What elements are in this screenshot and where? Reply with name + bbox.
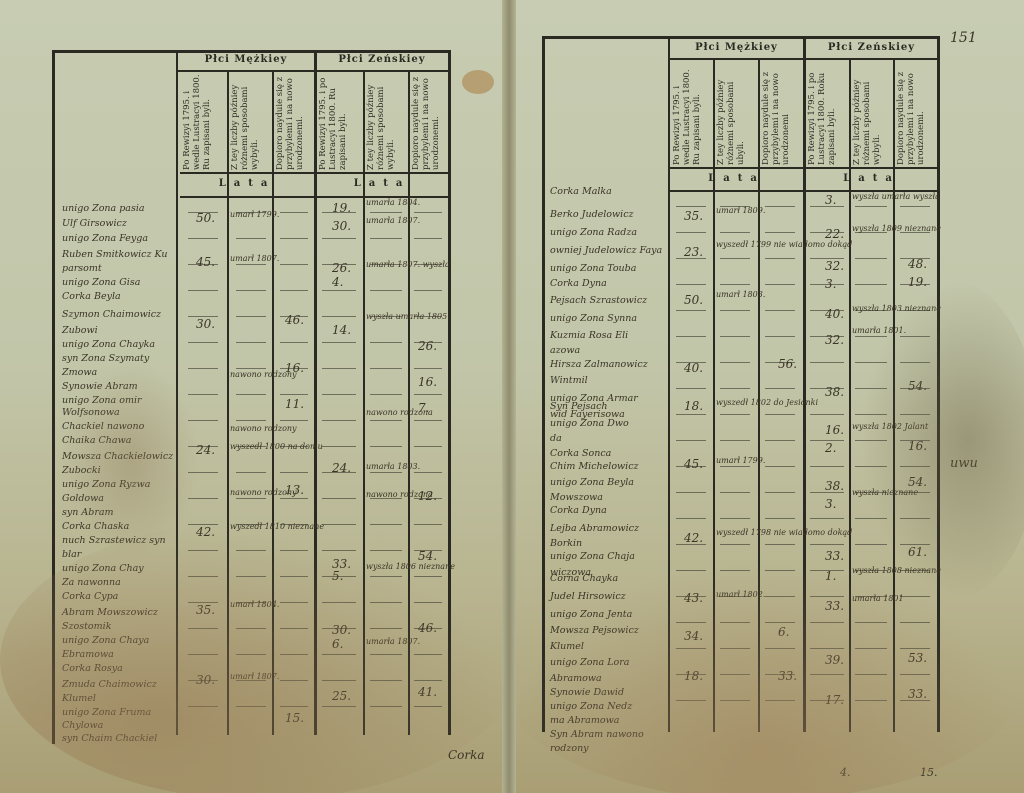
ruling-dash [280, 706, 308, 707]
male-departed-note: umarł 1809. [716, 207, 765, 215]
female-1795-value: 1. [825, 569, 836, 583]
col-divider [758, 58, 760, 732]
ruling-dash [810, 466, 844, 467]
male-1795-value: 23. [684, 245, 703, 259]
ruling-dash [720, 674, 750, 675]
column-header-male-now: Dopioro naydule się z przybylemi i na no… [761, 62, 801, 165]
ruling-dash [188, 368, 218, 369]
ruling-dash [855, 622, 887, 623]
female-1795-value: 30. [332, 623, 351, 637]
ruling-dash [810, 596, 844, 597]
ruling-dash [720, 310, 750, 311]
female-1795-value: 26. [332, 261, 351, 275]
ruling-dash [280, 472, 308, 473]
ruling-dash [236, 550, 266, 551]
ruling-dash [280, 342, 308, 343]
ruling-dash [322, 238, 356, 239]
ruling-dash [900, 414, 930, 415]
ruling-dash [720, 336, 750, 337]
female-current-value: 48. [908, 257, 927, 271]
male-current-value: 6. [778, 625, 789, 639]
male-1795-value: 50. [684, 293, 703, 307]
ruling-dash [720, 492, 750, 493]
ruling-dash [765, 622, 795, 623]
ruling-dash [236, 368, 266, 369]
female-group-title: Płci Zeńskiey [806, 42, 937, 53]
ruling-dash [900, 622, 930, 623]
left-border [542, 36, 545, 732]
entry-name: da [550, 433, 562, 444]
female-departed-note: wyszła 1809 nieznane [852, 225, 941, 233]
entry-name: Ebramowa [62, 649, 114, 660]
ruling-dash [322, 602, 356, 603]
ruling-dash [765, 518, 795, 519]
ruling-dash [765, 258, 795, 259]
entry-name: unigo Zona Jenta [550, 609, 632, 620]
ruling-dash [280, 628, 308, 629]
footer-mark: 4. [840, 766, 851, 779]
male-current-value: 56. [778, 357, 797, 371]
ruling-dash [676, 518, 706, 519]
ruling-dash [280, 680, 308, 681]
male-current-value: 15. [285, 711, 304, 725]
ruling-dash [720, 466, 750, 467]
ruling-dash [855, 466, 887, 467]
male-1795-value: 40. [684, 361, 703, 375]
female-departed-note: umarła 1807. [366, 638, 420, 646]
female-1795-value: 40. [825, 307, 844, 321]
entry-name: Corka Sonca [550, 448, 611, 459]
male-1795-value: 35. [196, 603, 215, 617]
ruling-dash [322, 446, 356, 447]
male-departed-note: umarł 1802. [716, 591, 765, 599]
group-col-divider [314, 50, 317, 735]
ruling-dash [414, 446, 442, 447]
entry-name: nuch Szrastewicz syn [62, 535, 166, 546]
entry-name: parsomt [62, 263, 102, 274]
entry-name: unigo Zona Chaya [62, 635, 149, 646]
female-1795-value: 19. [332, 201, 351, 215]
ruling-dash [810, 648, 844, 649]
lata-label-female: Lata [316, 178, 448, 189]
entry-name: unigo Zona Chayka [62, 339, 155, 350]
entry-name: Synowie Abram [62, 381, 138, 392]
male-departed-note: umarł 1799. [230, 211, 279, 219]
ruling-dash [370, 394, 402, 395]
col-divider [363, 70, 365, 735]
ruling-dash [188, 576, 218, 577]
ruling-dash [370, 420, 402, 421]
ruling-dash [236, 472, 266, 473]
entry-name: Corka Cypa [62, 591, 118, 602]
male-group-title: Płci Mężkiey [178, 54, 314, 65]
table-top-border [52, 50, 448, 53]
entry-name: ma Abramowa [550, 715, 619, 726]
entry-name: Corka Dyna [550, 505, 607, 516]
column-header-male-left: Z tey liczby późniey różnemi sposobami w… [230, 74, 270, 170]
female-current-value: 12. [418, 489, 437, 503]
female-current-value: 54. [908, 379, 927, 393]
ruling-dash [236, 628, 266, 629]
entry-name: Lejba Abramowicz [550, 523, 639, 534]
ruling-dash [370, 368, 402, 369]
col-divider [893, 58, 895, 732]
ruling-dash [280, 290, 308, 291]
ruling-dash [370, 342, 402, 343]
ruling-dash [855, 440, 887, 441]
female-departed-note: wyszła 1808 nieznane [852, 567, 941, 575]
col-divider [408, 70, 410, 735]
ruling-dash [765, 596, 795, 597]
ruling-dash [765, 466, 795, 467]
entry-name: Chylowa [62, 720, 103, 731]
ruling-dash [900, 596, 930, 597]
entry-name: unigo Zona pasia [62, 203, 145, 214]
female-departed-note: wyszła nieznane [852, 489, 918, 497]
female-departed-note: wyszła umarła 1805. [366, 313, 450, 321]
entry-name: unigo Zona Chay [62, 563, 144, 574]
ruling-dash [322, 290, 356, 291]
lata-label-female: Lata [806, 173, 937, 184]
female-current-value: 61. [908, 545, 927, 559]
lata-label-male: Lata [180, 178, 314, 189]
entry-name: Klumel [550, 641, 584, 652]
ruling-dash [720, 622, 750, 623]
column-header-female-now: Dopioro naydule się z przybylemi i na no… [411, 74, 447, 170]
ruling-dash [414, 602, 442, 603]
ruling-dash [765, 414, 795, 415]
female-1795-value: 38. [825, 385, 844, 399]
female-current-value: 53. [908, 651, 927, 665]
right-border [448, 50, 451, 735]
ruling-dash [370, 550, 402, 551]
female-1795-value: 33. [825, 549, 844, 563]
entry-name: Berko Judelowicz [550, 209, 634, 220]
female-1795-value: 14. [332, 323, 351, 337]
male-1795-value: 18. [684, 399, 703, 413]
female-1795-value: 38. [825, 479, 844, 493]
ruling-dash [236, 290, 266, 291]
female-departed-note: wyszła 1803 nieznane [852, 305, 941, 313]
female-1795-value: 16. [825, 423, 844, 437]
name-col-divider [176, 50, 178, 735]
ruling-dash [855, 648, 887, 649]
male-current-value: 16. [285, 361, 304, 375]
ruling-dash [236, 342, 266, 343]
ruling-dash [720, 362, 750, 363]
ruling-dash [370, 680, 402, 681]
ruling-dash [855, 258, 887, 259]
ruling-dash [414, 238, 442, 239]
entry-name: Synowie Dawid [550, 687, 624, 698]
entry-name: Zmowa [62, 367, 97, 378]
ruling-dash [280, 212, 308, 213]
ruling-dash [810, 544, 844, 545]
ruling-dash [676, 310, 706, 311]
ruling-dash [370, 472, 402, 473]
female-1795-value: 4. [332, 275, 343, 289]
male-current-value: 13. [285, 483, 304, 497]
ruling-dash [280, 498, 308, 499]
female-1795-value: 3. [825, 277, 836, 291]
entry-name: unigo Zona Beyla [550, 477, 634, 488]
ruling-dash [900, 648, 930, 649]
ruling-dash [855, 362, 887, 363]
ruling-dash [188, 628, 218, 629]
ruling-dash [765, 388, 795, 389]
male-departed-note: umarł 1804. [230, 601, 279, 609]
ruling-dash [188, 238, 218, 239]
ruling-dash [188, 342, 218, 343]
entry-name: Mowsza Chackielowicz [62, 451, 173, 462]
ruling-dash [720, 414, 750, 415]
female-departed-note: umarła 1801 [852, 595, 904, 603]
ruling-dash [765, 310, 795, 311]
ruling-dash [676, 232, 706, 233]
ruling-dash [322, 498, 356, 499]
male-departed-note: umarł 1803. [716, 291, 765, 299]
ruling-dash [322, 316, 356, 317]
female-current-value: 19. [908, 275, 927, 289]
ruling-dash [720, 440, 750, 441]
ruling-dash [188, 394, 218, 395]
ruling-dash [900, 362, 930, 363]
female-departed-note: umarła 1804. [366, 199, 420, 207]
ruling-dash [370, 628, 402, 629]
column-header-female-1795: Po Rewizyi 1795. i po Lustracyi 1800. Ro… [807, 62, 847, 165]
entry-name: owniej Judelowicz Faya [550, 245, 662, 256]
ruling-dash [810, 362, 844, 363]
entry-name: Abramowa [550, 673, 602, 684]
ruling-dash [720, 284, 750, 285]
male-departed-note: nawono rodzony [230, 425, 297, 433]
entry-name: Ruben Smitkowicz Ku [62, 249, 167, 260]
ruling-dash [280, 394, 308, 395]
column-header-female-1795: Po Rewizyi 1795. i po Lustracyi 1800. Ru… [318, 74, 360, 170]
ruling-dash [414, 576, 442, 577]
col-divider [713, 58, 715, 732]
entry-name: azowa [550, 345, 580, 356]
female-1795-value: 30. [332, 219, 351, 233]
ruling-dash [676, 336, 706, 337]
ruling-dash [676, 622, 706, 623]
ruling-dash [676, 206, 706, 207]
female-group-title: Płci Zeńskiey [316, 54, 448, 65]
lata-label-male: Lata [670, 173, 803, 184]
column-header-female-left: Z tey liczby późniey różnemi sposobami w… [852, 62, 892, 165]
ruling-dash [810, 414, 844, 415]
footer-mark: 15. [920, 766, 938, 779]
ruling-dash [280, 264, 308, 265]
entry-name: unigo Zona Feyga [62, 233, 148, 244]
male-departed-note: umarł 1807. [230, 255, 279, 263]
female-1795-value: 2. [825, 441, 836, 455]
ruling-dash [236, 576, 266, 577]
ruling-dash [280, 238, 308, 239]
ruling-dash [370, 602, 402, 603]
female-current-value: 16. [418, 375, 437, 389]
ruling-dash [236, 706, 266, 707]
ruling-dash [676, 388, 706, 389]
ruling-dash [855, 388, 887, 389]
ruling-dash [322, 342, 356, 343]
ruling-dash [855, 674, 887, 675]
group-col-divider [803, 36, 806, 732]
entry-name: unigo Zona Ryzwa [62, 479, 150, 490]
female-1795-value: 3. [825, 497, 836, 511]
entry-name: Goldowa [62, 493, 104, 504]
entry-name: Corka Malka [550, 186, 612, 197]
entry-name: unigo Zona Nedz [550, 701, 632, 712]
ruling-dash [855, 700, 887, 701]
ruling-dash [280, 602, 308, 603]
ruling-dash [236, 264, 266, 265]
ruling-dash [322, 368, 356, 369]
male-current-value: 46. [285, 313, 304, 327]
ruling-dash [765, 570, 795, 571]
entry-name: blar [62, 549, 81, 560]
female-departed-note: wyszła 1802 Jalant [852, 423, 928, 431]
entry-name: Chim Michelowicz [550, 461, 639, 472]
female-current-value: 41. [418, 685, 437, 699]
male-1795-value: 45. [684, 457, 703, 471]
page-number: 151 [950, 30, 977, 46]
entry-name: Szymon Chaimowicz [62, 309, 161, 320]
left-border [52, 50, 55, 744]
ruling-dash [236, 420, 266, 421]
female-1795-value: 32. [825, 259, 844, 273]
ruling-dash [855, 414, 887, 415]
male-1795-value: 34. [684, 629, 703, 643]
female-1795-value: 24. [332, 461, 351, 475]
female-departed-note: umarła 1807. wyszła [366, 261, 450, 269]
col-divider [227, 70, 229, 735]
entry-name: unigo Zona Fruma [62, 707, 151, 718]
ruling-dash [765, 700, 795, 701]
entry-name: Za nawonna [62, 577, 121, 588]
entry-name: Judel Hirsowicz [550, 591, 626, 602]
ruling-dash [676, 440, 706, 441]
ruling-dash [676, 700, 706, 701]
ruling-dash [765, 206, 795, 207]
female-1795-value: 6. [332, 637, 343, 651]
ruling-dash [280, 576, 308, 577]
ruling-dash [188, 654, 218, 655]
ruling-dash [414, 524, 442, 525]
entry-name: Chaika Chawa [62, 435, 131, 446]
ruling-dash [765, 648, 795, 649]
ruling-dash [720, 258, 750, 259]
ruling-dash [414, 680, 442, 681]
ruling-dash [676, 284, 706, 285]
ruling-dash [855, 544, 887, 545]
female-1795-value: 33. [825, 599, 844, 613]
female-departed-note: wyszła umarła wyszła [852, 193, 940, 201]
male-1795-value: 18. [684, 669, 703, 683]
male-1795-value: 43. [684, 591, 703, 605]
entry-name: Hirsza Zalmanowicz [550, 359, 648, 370]
ruling-dash [280, 550, 308, 551]
entry-name: unigo Zona Radza [550, 227, 637, 238]
female-current-value: 7. [418, 401, 429, 415]
ruling-dash [370, 654, 402, 655]
ruling-dash [900, 518, 930, 519]
ruling-dash [370, 238, 402, 239]
column-header-male-now: Dopioro nayduie się z przybylemi i na no… [275, 74, 313, 170]
ruling-dash [322, 394, 356, 395]
col-divider [849, 58, 851, 732]
male-departed-note: wyszedł 1799 nie wiadomo dokąd [716, 241, 852, 249]
ruling-dash [900, 206, 930, 207]
entry-name: unigo Zona Dwo [550, 418, 629, 429]
entry-name: Kuzmia Rosa Eli [550, 330, 628, 341]
entry-name: Corka Beyla [62, 291, 121, 302]
female-current-value: 46. [418, 621, 437, 635]
column-header-male-left: Z tey liczby późniey różnemi sposobami u… [716, 62, 756, 165]
ruling-dash [188, 420, 218, 421]
ruling-dash [322, 680, 356, 681]
entry-name: Klumel [62, 693, 96, 704]
ruling-dash [370, 706, 402, 707]
male-1795-value: 45. [196, 255, 215, 269]
entry-name: Corna Chayka [550, 573, 618, 584]
male-1795-value: 30. [196, 317, 215, 331]
ruling-dash [765, 232, 795, 233]
female-1795-value: 25. [332, 689, 351, 703]
entry-name: Zmuda Chaimowicz [62, 679, 157, 690]
column-header-female-left: Z tey liczby późniey różnemi sposobami w… [366, 74, 406, 170]
ruling-dash [236, 654, 266, 655]
male-1795-value: 35. [684, 209, 703, 223]
entry-name: syn Abram [62, 507, 114, 518]
ruling-dash [810, 518, 844, 519]
female-current-value: 26. [418, 339, 437, 353]
female-departed-note: umarła 1803. [366, 463, 420, 471]
ruling-dash [720, 388, 750, 389]
column-header-male-1795: Po Rewizyi 1795. i wedle Lustracyi 1800.… [182, 74, 224, 170]
ruling-dash [810, 674, 844, 675]
entry-name: unigo Zona Synna [550, 313, 637, 324]
ruling-dash [720, 648, 750, 649]
male-1795-value: 42. [684, 531, 703, 545]
ruling-dash [765, 440, 795, 441]
female-1795-value: 39. [825, 653, 844, 667]
entry-name: unigo Zona Touba [550, 263, 636, 274]
col-divider [272, 70, 274, 735]
female-departed-note: wyszła 1806 nieznane [366, 563, 455, 571]
ruling-dash [236, 238, 266, 239]
entry-name: unigo Zona Gisa [62, 277, 140, 288]
entry-name: Mowszowa [550, 492, 603, 503]
ruling-dash [370, 290, 402, 291]
entry-name: Corka Dyna [550, 278, 607, 289]
entry-name: syn Chaim Chackiel [62, 733, 157, 744]
ruling-dash [370, 212, 402, 213]
ruling-dash [900, 466, 930, 467]
male-group-title: Płci Mężkiey [670, 42, 803, 53]
entry-name: Ulf Girsowicz [62, 218, 127, 229]
male-1795-value: 24. [196, 443, 215, 457]
male-current-value: 11. [285, 397, 304, 411]
entry-name: unigo Zona Chaja [550, 551, 635, 562]
ruling-dash [855, 206, 887, 207]
catchword: Corka [448, 748, 485, 762]
female-departed-note: umarła 1801. [852, 327, 906, 335]
ruling-dash [855, 284, 887, 285]
ruling-dash [765, 544, 795, 545]
entry-name: Syn Pejsach [550, 401, 608, 412]
entry-name: Zubowi [62, 325, 98, 336]
